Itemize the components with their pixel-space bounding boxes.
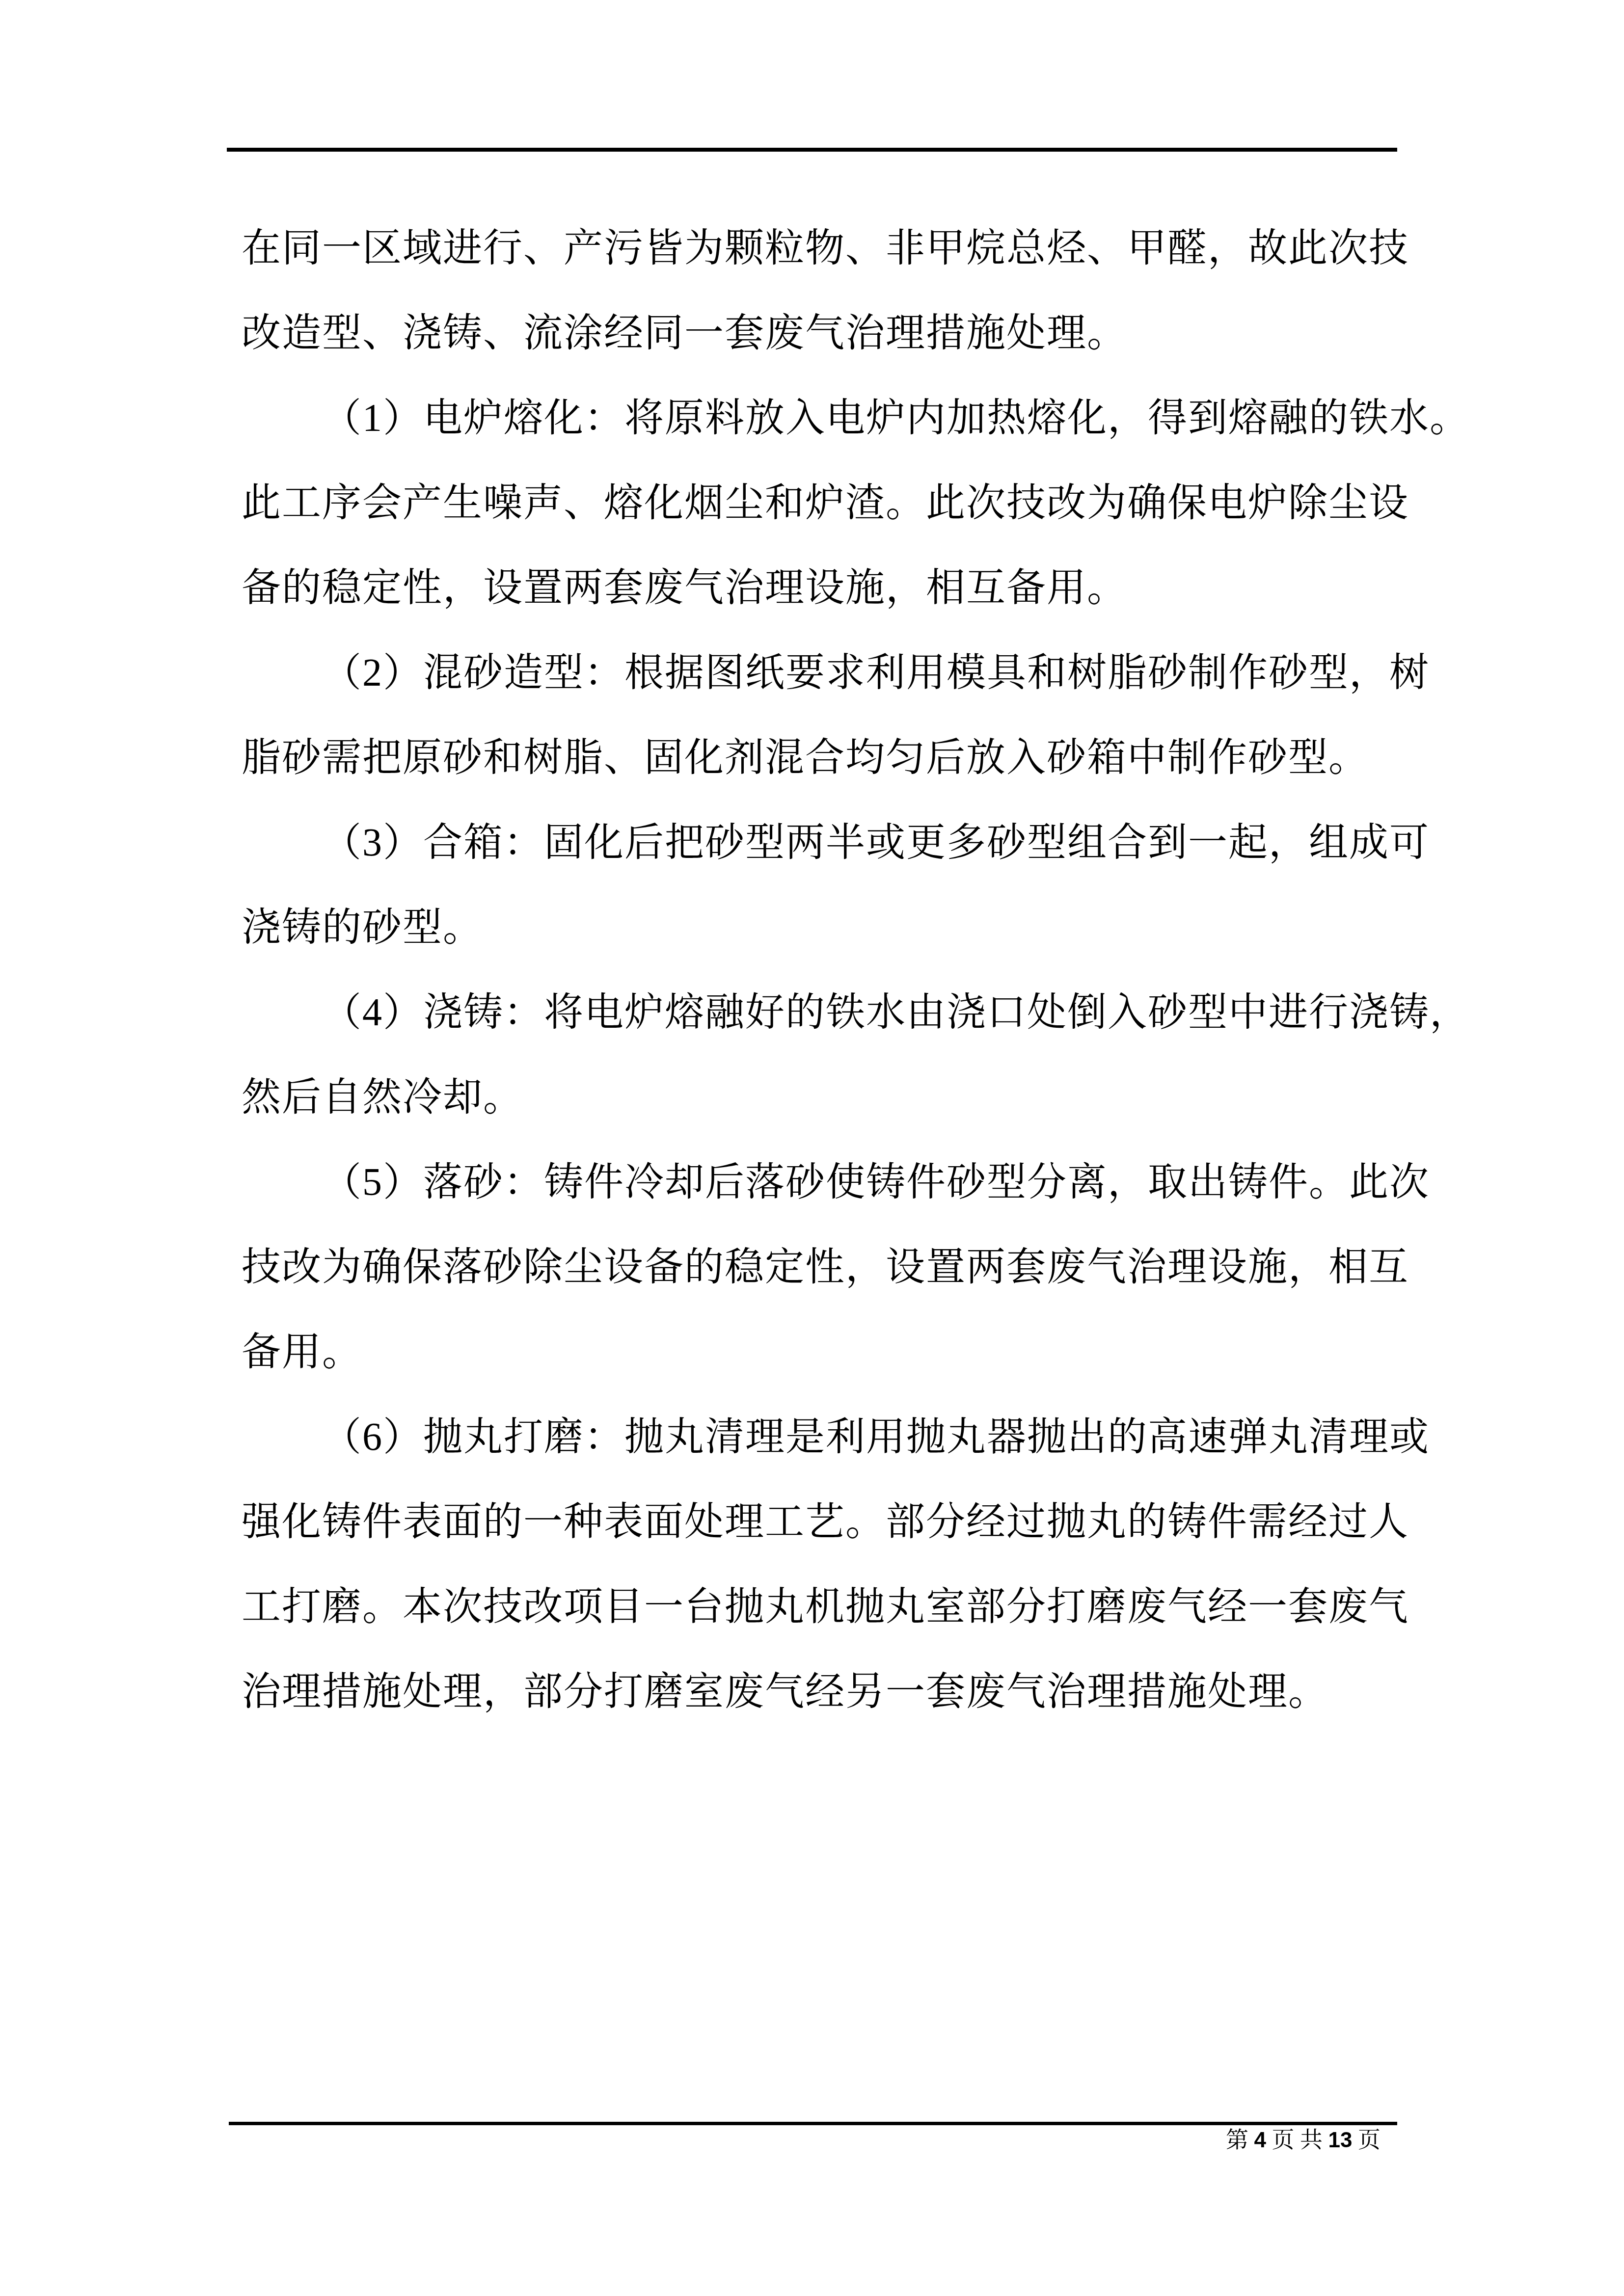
body-text-line: 在同一区域进行、产污皆为颗粒物、非甲烷总烃、甲醛，故此次技 bbox=[242, 206, 1444, 291]
body-text-line: （2）混砂造型：根据图纸要求利用模具和树脂砂制作砂型，树 bbox=[242, 631, 1444, 716]
body-text-line: （3）合箱：固化后把砂型两半或更多砂型组合到一起，组成可 bbox=[242, 801, 1444, 885]
body-text-line: （5）落砂：铸件冷却后落砂使铸件砂型分离，取出铸件。此次 bbox=[242, 1140, 1444, 1225]
header-rule bbox=[227, 148, 1397, 152]
body-text-line: （1）电炉熔化：将原料放入电炉内加热熔化，得到熔融的铁水。 bbox=[242, 376, 1444, 461]
body-text-line: 备用。 bbox=[242, 1310, 1444, 1395]
footer-current-page-number: 4 bbox=[1254, 2128, 1266, 2152]
body-text-line: 治理措施处理，部分打磨室废气经另一套废气治理措施处理。 bbox=[242, 1650, 1444, 1735]
body-text-line: 然后自然冷却。 bbox=[242, 1055, 1444, 1140]
footer-rule bbox=[229, 2122, 1397, 2125]
document-page: 在同一区域进行、产污皆为颗粒物、非甲烷总烃、甲醛，故此次技改造型、浇铸、流涂经同… bbox=[0, 0, 1624, 2296]
footer-total-pages-number: 13 bbox=[1328, 2128, 1353, 2152]
body-text-line: 浇铸的砂型。 bbox=[242, 885, 1444, 970]
footer-label-pages: 页 bbox=[1353, 2127, 1381, 2152]
page-number-footer: 第 4 页 共 13 页 bbox=[1226, 2126, 1380, 2154]
document-body: 在同一区域进行、产污皆为颗粒物、非甲烷总烃、甲醛，故此次技改造型、浇铸、流涂经同… bbox=[242, 206, 1444, 1735]
body-text-line: （4）浇铸：将电炉熔融好的铁水由浇口处倒入砂型中进行浇铸， bbox=[242, 970, 1444, 1055]
body-text-line: 备的稳定性，设置两套废气治理设施，相互备用。 bbox=[242, 546, 1444, 631]
footer-label-of: 页 共 bbox=[1266, 2127, 1328, 2152]
body-text-line: 技改为确保落砂除尘设备的稳定性，设置两套废气治理设施，相互 bbox=[242, 1225, 1444, 1310]
body-text-line: 脂砂需把原砂和树脂、固化剂混合均匀后放入砂箱中制作砂型。 bbox=[242, 716, 1444, 801]
body-text-line: 强化铸件表面的一种表面处理工艺。部分经过抛丸的铸件需经过人 bbox=[242, 1480, 1444, 1565]
body-text-line: 工打磨。本次技改项目一台抛丸机抛丸室部分打磨废气经一套废气 bbox=[242, 1565, 1444, 1650]
footer-label-page: 第 bbox=[1226, 2127, 1254, 2152]
body-text-line: 改造型、浇铸、流涂经同一套废气治理措施处理。 bbox=[242, 291, 1444, 376]
body-text-line: （6）抛丸打磨：抛丸清理是利用抛丸器抛出的高速弹丸清理或 bbox=[242, 1395, 1444, 1480]
body-text-line: 此工序会产生噪声、熔化烟尘和炉渣。此次技改为确保电炉除尘设 bbox=[242, 461, 1444, 546]
